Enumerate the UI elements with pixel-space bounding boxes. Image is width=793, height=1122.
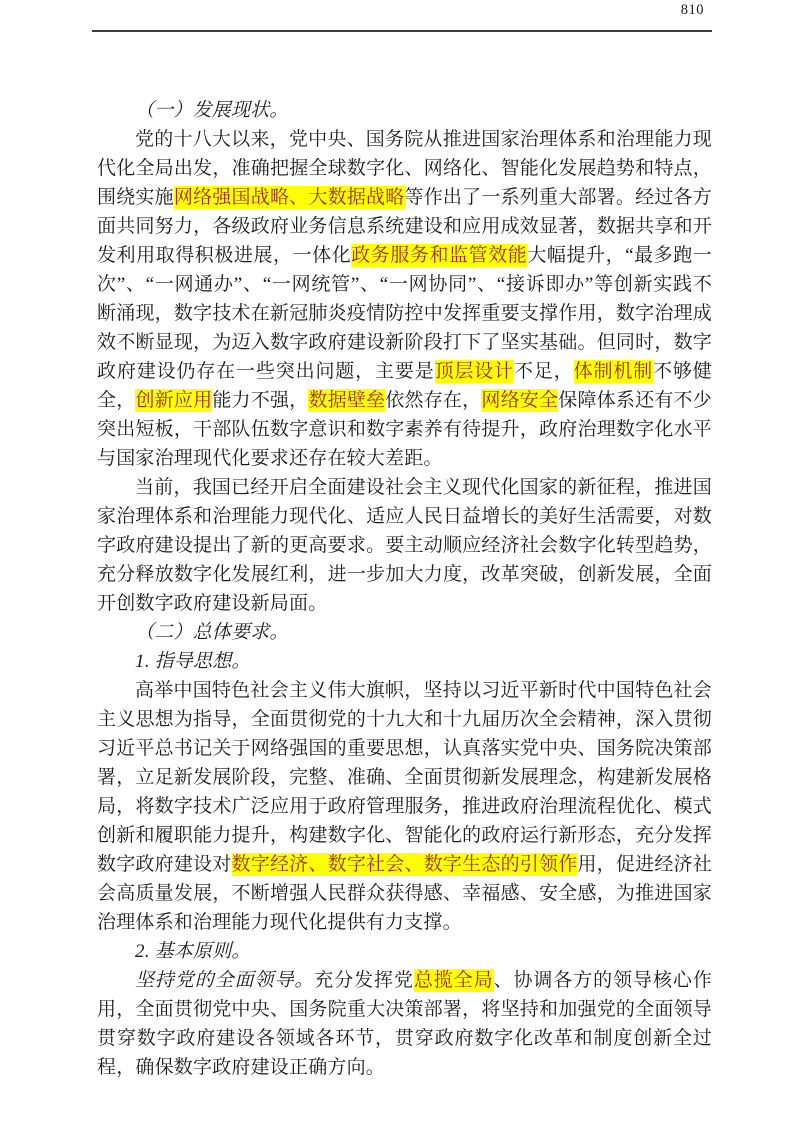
text-segment: 充分发挥党 [314, 970, 414, 991]
emphasis-text: 坚持党的全面领导。 [135, 970, 314, 991]
highlighted-text: 总揽全局 [414, 969, 494, 992]
paragraph: 当前，我国已经开启全面建设社会主义现代化国家的新征程，推进国家治理体系和治理能力… [97, 473, 712, 618]
paragraph: 党的十八大以来，党中央、国务院从推进国家治理体系和治理能力现代化全局出发，准确把… [97, 125, 712, 473]
text-segment: 高举中国特色社会主义伟大旗帜，坚持以习近平新时代中国特色社会主义思想为指导，全面… [97, 680, 712, 875]
text-segment: 2. 基本原则。 [135, 941, 251, 962]
document-body: （一）发展现状。党的十八大以来，党中央、国务院从推进国家治理体系和治理能力现代化… [97, 96, 712, 1082]
highlighted-text: 网络安全 [481, 389, 558, 412]
highlighted-text: 创新应用 [135, 389, 212, 412]
text-segment: 当前，我国已经开启全面建设社会主义现代化国家的新征程，推进国家治理体系和治理能力… [97, 477, 712, 614]
text-segment: 依然存在， [385, 390, 481, 411]
text-segment: （一）发展现状。 [135, 100, 289, 121]
text-segment: （二）总体要求。 [135, 622, 289, 643]
section-heading: （二）总体要求。 [97, 618, 712, 647]
section-heading: （一）发展现状。 [97, 96, 712, 125]
highlighted-text: 网络强国战略、大数据战略 [174, 186, 405, 209]
text-segment: 能力不强， [212, 390, 308, 411]
paragraph: 高举中国特色社会主义伟大旗帜，坚持以习近平新时代中国特色社会主义思想为指导，全面… [97, 676, 712, 937]
section-heading: 1. 指导思想。 [97, 647, 712, 676]
highlighted-text: 顶层设计 [435, 360, 514, 383]
section-heading: 2. 基本原则。 [97, 937, 712, 966]
highlighted-text: 体制机制 [574, 360, 653, 383]
document-page: 810 （一）发展现状。党的十八大以来，党中央、国务院从推进国家治理体系和治理能… [0, 0, 793, 1122]
highlighted-text: 政务服务和监管效能 [351, 244, 527, 267]
paragraph: 坚持党的全面领导。充分发挥党总揽全局、协调各方的领导核心作用，全面贯彻党中央、国… [97, 966, 712, 1082]
highlighted-text: 数据壁垒 [308, 389, 385, 412]
header-rule [92, 30, 712, 32]
text-segment: 不足， [514, 361, 574, 382]
text-segment: 1. 指导思想。 [135, 651, 251, 672]
page-number: 810 [92, 1, 704, 19]
highlighted-text: 数字经济、数字社会、数字生态的引领作 [232, 853, 578, 876]
